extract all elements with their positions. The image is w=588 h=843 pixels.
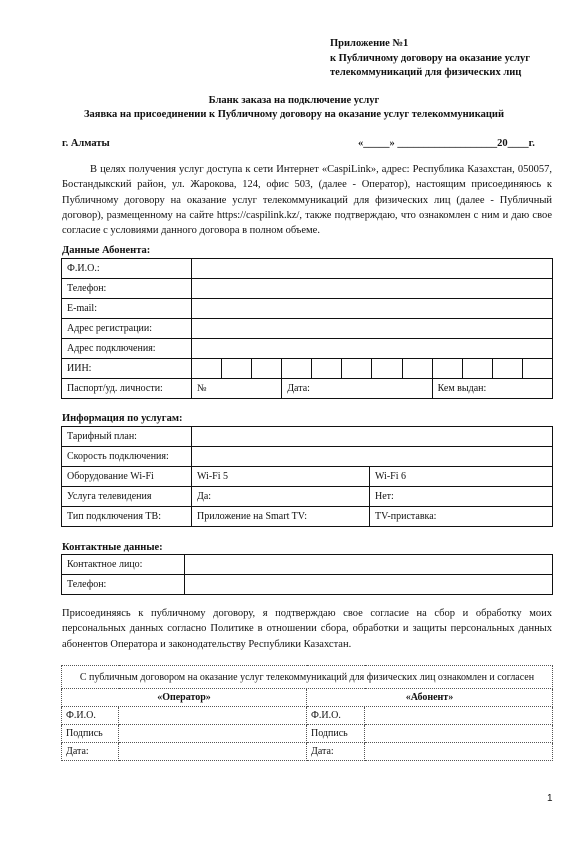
operator-fio-field[interactable] [119, 707, 307, 725]
table-row: Адрес подключения: [62, 339, 553, 359]
phone-field[interactable] [192, 279, 553, 299]
appendix-line-1: Приложение №1 [330, 37, 530, 52]
operator-heading: «Оператор» [62, 689, 307, 707]
table-row: Телефон: [62, 575, 553, 595]
tv-no-option[interactable]: Нет: [370, 487, 553, 507]
tv-box-option[interactable]: TV-приставка: [370, 507, 553, 527]
passport-date-field[interactable]: Дата: [282, 379, 432, 399]
operator-signature-label: Подпись [62, 725, 119, 743]
appendix-line-2: к Публичному договору на оказание услуг [330, 52, 530, 67]
table-row: Ф.И.О.: [62, 259, 553, 279]
operator-date-field[interactable] [119, 743, 307, 761]
table-row: Телефон: [62, 279, 553, 299]
connection-address-field[interactable] [192, 339, 553, 359]
contact-person-field[interactable] [185, 555, 553, 575]
contacts-table: Контактное лицо: Телефон: [61, 554, 553, 595]
contact-phone-label: Телефон: [62, 575, 185, 595]
iin-digit-field[interactable] [312, 359, 342, 379]
wifi-label: Оборудование Wi-Fi [62, 467, 192, 487]
table-row: Ф.И.О. Ф.И.О. [62, 707, 553, 725]
table-row: Тип подключения ТВ: Приложение на Smart … [62, 507, 553, 527]
date-line[interactable]: «_____» ___________________20____г. [358, 138, 535, 149]
tariff-field[interactable] [192, 427, 553, 447]
table-row: С публичным договором на оказание услуг … [62, 666, 553, 689]
signature-header: С публичным договором на оказание услуг … [62, 666, 553, 689]
iin-digit-field[interactable] [372, 359, 402, 379]
subscriber-heading-sig: «Абонент» [307, 689, 553, 707]
city: г. Алматы [62, 138, 110, 149]
appendix-line-3: телекоммуникаций для физических лиц [330, 66, 530, 81]
speed-field[interactable] [192, 447, 553, 467]
subscriber-date-label: Дата: [307, 743, 365, 761]
tv-yes-option[interactable]: Да: [192, 487, 370, 507]
table-row: Тарифный план: [62, 427, 553, 447]
fio-field[interactable] [192, 259, 553, 279]
iin-digit-field[interactable] [432, 359, 462, 379]
table-row: Подпись Подпись [62, 725, 553, 743]
table-row: Оборудование Wi-Fi Wi-Fi 5 Wi-Fi 6 [62, 467, 553, 487]
subscriber-fio-field[interactable] [365, 707, 553, 725]
table-row: «Оператор» «Абонент» [62, 689, 553, 707]
table-row: Скорость подключения: [62, 447, 553, 467]
contact-phone-field[interactable] [185, 575, 553, 595]
intro-paragraph: В целях получения услуг доступа к сети И… [62, 162, 552, 238]
wifi5-option[interactable]: Wi-Fi 5 [192, 467, 370, 487]
operator-date-label: Дата: [62, 743, 119, 761]
tv-label: Услуга телевидения [62, 487, 192, 507]
iin-label: ИИН: [62, 359, 192, 379]
table-row: Адрес регистрации: [62, 319, 553, 339]
fio-label: Ф.И.О.: [62, 259, 192, 279]
subscriber-signature-field[interactable] [365, 725, 553, 743]
table-row: ИИН: [62, 359, 553, 379]
phone-label: Телефон: [62, 279, 192, 299]
operator-fio-label: Ф.И.О. [62, 707, 119, 725]
table-row: Паспорт/уд. личности: № Дата: Кем выдан: [62, 379, 553, 399]
iin-digit-field[interactable] [402, 359, 432, 379]
table-row: Контактное лицо: [62, 555, 553, 575]
passport-number-field[interactable]: № [192, 379, 282, 399]
passport-issued-field[interactable]: Кем выдан: [432, 379, 552, 399]
table-row: E-mail: [62, 299, 553, 319]
tariff-label: Тарифный план: [62, 427, 192, 447]
registration-address-field[interactable] [192, 319, 553, 339]
iin-digit-field[interactable] [522, 359, 552, 379]
iin-digit-field[interactable] [252, 359, 282, 379]
document-title: Бланк заказа на подключение услуг [0, 94, 588, 108]
page-number: 1 [547, 793, 553, 804]
iin-digit-field[interactable] [192, 359, 222, 379]
email-field[interactable] [192, 299, 553, 319]
signature-table: С публичным договором на оказание услуг … [61, 665, 553, 761]
services-table: Тарифный план: Скорость подключения: Обо… [61, 426, 553, 527]
iin-digit-field[interactable] [222, 359, 252, 379]
contact-person-label: Контактное лицо: [62, 555, 185, 575]
connection-address-label: Адрес подключения: [62, 339, 192, 359]
table-row: Услуга телевидения Да: Нет: [62, 487, 553, 507]
subscriber-signature-label: Подпись [307, 725, 365, 743]
subscriber-fio-label: Ф.И.О. [307, 707, 365, 725]
document-subtitle: Заявка на присоединении к Публичному дог… [0, 108, 588, 122]
email-label: E-mail: [62, 299, 192, 319]
iin-digit-field[interactable] [282, 359, 312, 379]
iin-digit-field[interactable] [492, 359, 522, 379]
contacts-heading: Контактные данные: [62, 542, 163, 553]
wifi6-option[interactable]: Wi-Fi 6 [370, 467, 553, 487]
table-row: Дата: Дата: [62, 743, 553, 761]
operator-signature-field[interactable] [119, 725, 307, 743]
subscriber-table: Ф.И.О.: Телефон: E-mail: Адрес регистрац… [61, 258, 553, 399]
appendix-header: Приложение №1 к Публичному договору на о… [330, 37, 530, 81]
registration-address-label: Адрес регистрации: [62, 319, 192, 339]
services-heading: Информация по услугам: [62, 413, 182, 424]
tv-type-label: Тип подключения ТВ: [62, 507, 192, 527]
smart-tv-option[interactable]: Приложение на Smart TV: [192, 507, 370, 527]
consent-paragraph: Присоединяясь к публичному договору, я п… [62, 606, 552, 652]
subscriber-date-field[interactable] [365, 743, 553, 761]
speed-label: Скорость подключения: [62, 447, 192, 467]
passport-label: Паспорт/уд. личности: [62, 379, 192, 399]
iin-digit-field[interactable] [342, 359, 372, 379]
subscriber-heading: Данные Абонента: [62, 245, 150, 256]
iin-digit-field[interactable] [462, 359, 492, 379]
